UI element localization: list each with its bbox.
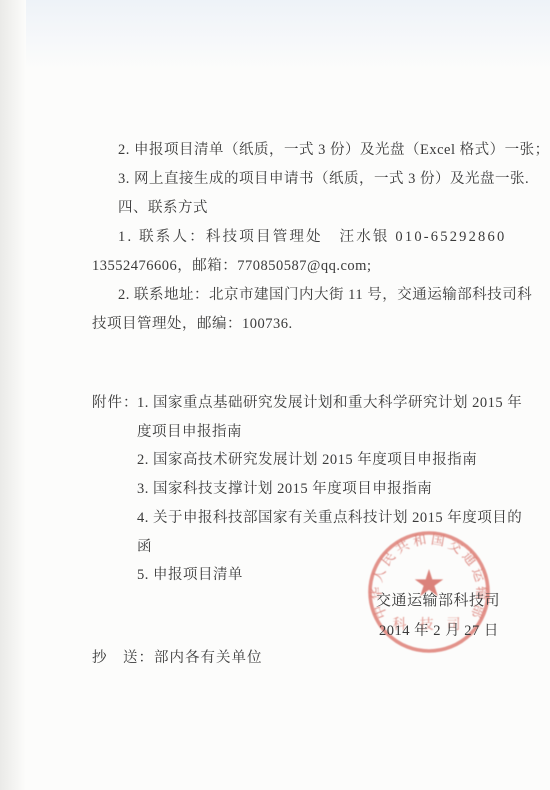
scan-left-edge-shadow (0, 0, 26, 790)
section-heading-contact: 四、联系方式 (92, 194, 512, 223)
attachment-item-1-line-1: 1. 国家重点基础研究发展计划和重大科学研究计划 2015 年 (137, 389, 522, 418)
scanned-official-document: 2. 申报项目清单（纸质，一式 3 份）及光盘（Excel 格式）一张； 3. … (0, 0, 550, 790)
attachment-item-2: 2. 国家高技术研究发展计划 2015 年度项目申报指南 (137, 446, 522, 475)
body-line-materials-2: 2. 申报项目清单（纸质，一式 3 份）及光盘（Excel 格式）一张； (92, 136, 512, 165)
contact-address-line-1: 2. 联系地址：北京市建国门内大街 11 号，交通运输部科技司科 (92, 281, 512, 310)
scan-top-tint (0, 0, 550, 70)
contact-phone-email-line: 13552476606，邮箱：770850587@qq.com; (92, 252, 512, 281)
signature-department: 交通运输部科技司 (376, 589, 500, 610)
body-paragraphs: 2. 申报项目清单（纸质，一式 3 份）及光盘（Excel 格式）一张； 3. … (92, 136, 512, 339)
attachments-label: 附件： (92, 389, 139, 418)
contact-address-line-2: 技项目管理处，邮编：100736. (92, 310, 512, 339)
contact-person-line: 1. 联系人：科技项目管理处 汪水银 010-65292860 (92, 223, 512, 252)
body-line-materials-3: 3. 网上直接生成的项目申请书（纸质，一式 3 份）及光盘一张. (92, 165, 512, 194)
signature-date: 2014 年 2 月 27 日 (379, 619, 499, 640)
attachment-item-3: 3. 国家科技支撑计划 2015 年度项目申报指南 (137, 475, 522, 504)
cc-line: 抄 送：部内各有关单位 (92, 646, 263, 667)
attachment-item-1-line-2: 度项目申报指南 (137, 418, 522, 447)
